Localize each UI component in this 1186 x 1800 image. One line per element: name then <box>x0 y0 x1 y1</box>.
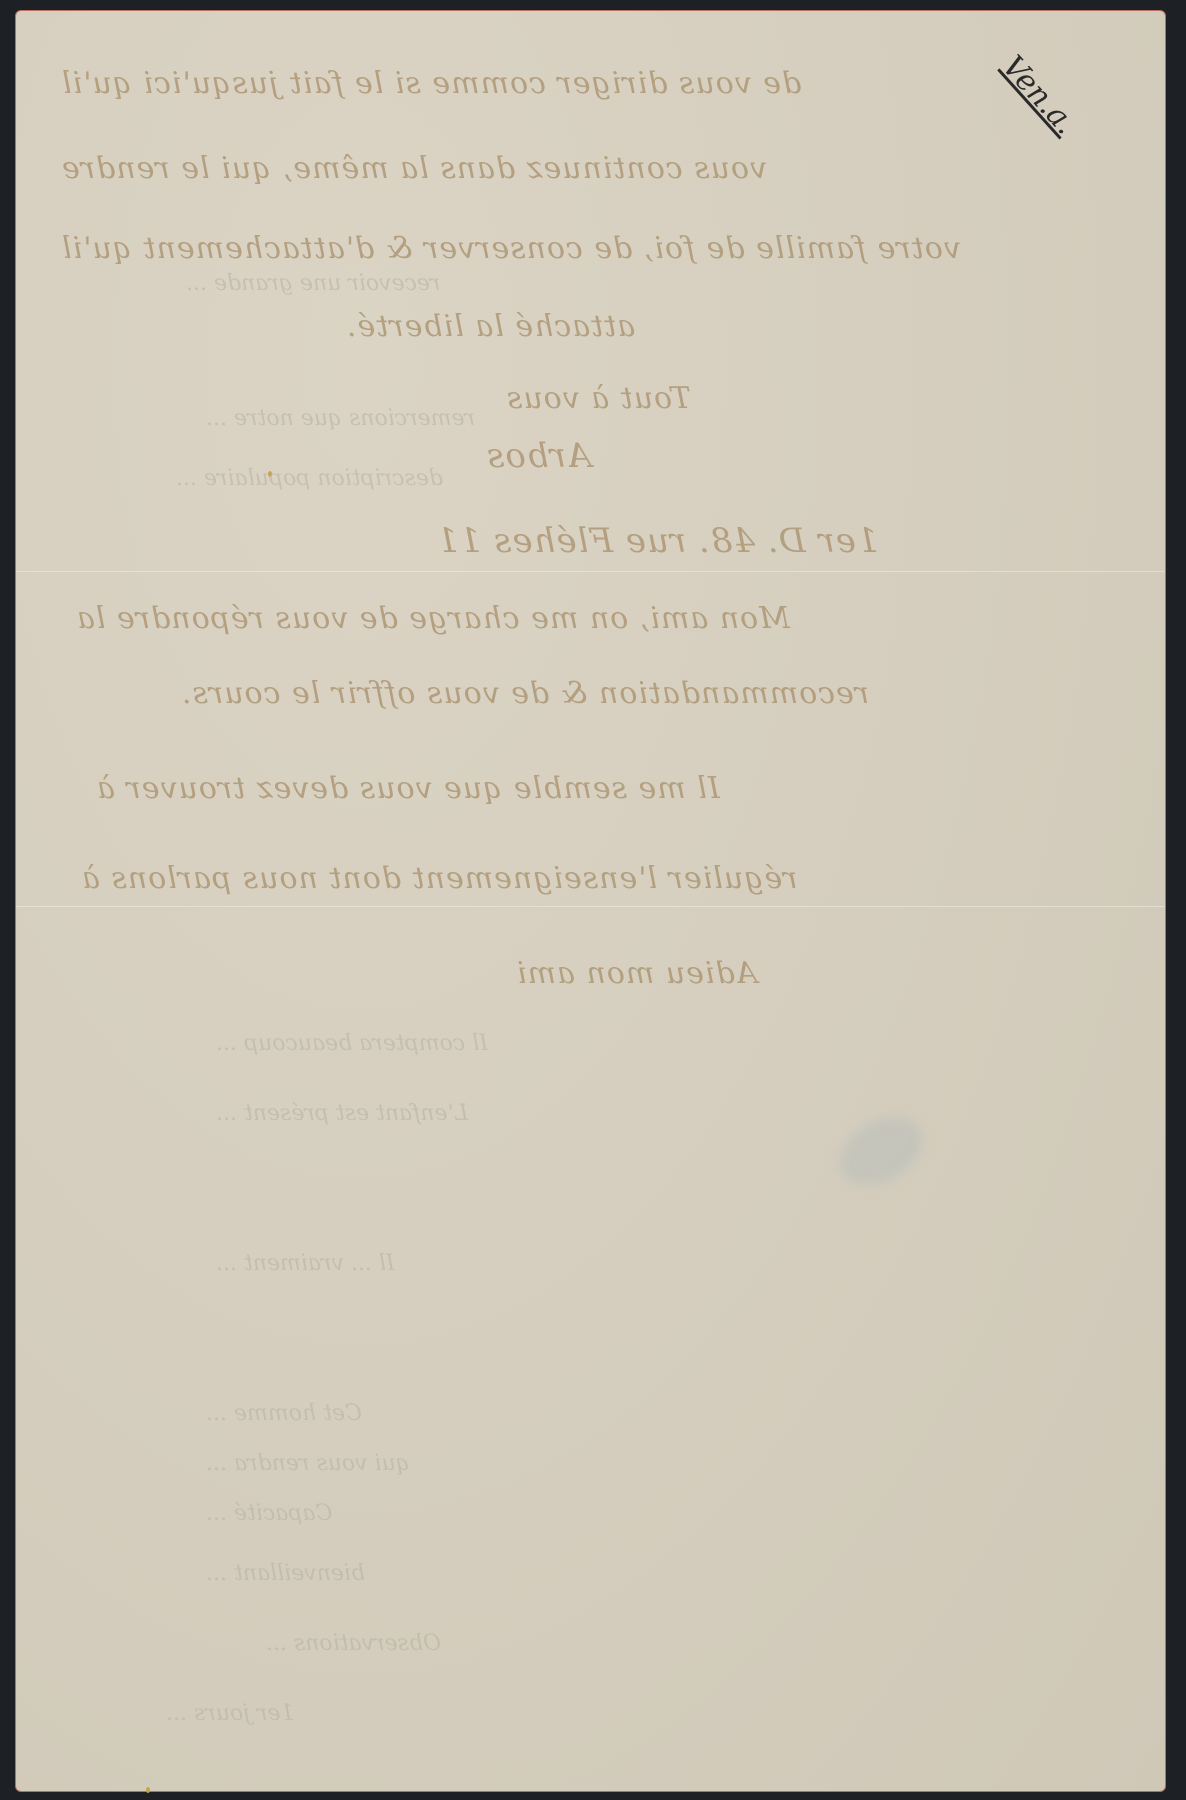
fold-line <box>16 571 1165 572</box>
pencil-line: qui vous rendra ... <box>206 1451 410 1476</box>
bleed-line: recommandation & de vous offrir le cours… <box>181 676 869 711</box>
bleed-line: Il me semble que vous devez trouver à <box>96 771 720 806</box>
pencil-line: bienveillant ... <box>206 1561 365 1586</box>
bleed-line: Arbos <box>486 436 592 476</box>
fold-line <box>16 906 1165 907</box>
pencil-line: Il ... vraiment ... <box>216 1251 395 1276</box>
ink-stain <box>827 1103 935 1200</box>
bleed-line: 1er D. 48. rue Fléhes 11 <box>436 521 879 561</box>
bleed-line: régulier l'enseignement dont nous parlon… <box>81 861 798 896</box>
pencil-line: L'enfant est présent ... <box>216 1101 468 1126</box>
pencil-line: Observations ... <box>266 1631 441 1656</box>
pencil-line: recevoir une grande ... <box>186 271 440 296</box>
archive-mark: Ven.a. <box>995 49 1083 141</box>
pencil-line: description populaire ... <box>176 466 443 491</box>
bleed-line: de vous diriger comme si le fait jusqu'i… <box>61 66 801 101</box>
bleed-line: Mon ami, on me charge de vous répondre l… <box>76 601 790 636</box>
bleed-line: Adieu mon ami <box>516 956 757 991</box>
bleed-line: votre famille de foi, de conserver & d'a… <box>61 231 961 266</box>
pencil-line: Capacité ... <box>206 1501 332 1526</box>
foxing-spot <box>146 1787 150 1793</box>
bleed-line: Tout à vous <box>506 381 691 416</box>
pencil-line: Il comptera beaucoup ... <box>216 1031 488 1056</box>
pencil-line: remercions que notre ... <box>206 406 475 431</box>
pencil-line: 1er jours ... <box>166 1701 295 1726</box>
bleed-line: attaché la liberté. <box>346 309 635 344</box>
bleed-line: vous continuez dans la même, qui le rend… <box>61 151 767 186</box>
manuscript-page: de vous diriger comme si le fait jusqu'i… <box>15 10 1166 1792</box>
pencil-line: Cet homme ... <box>206 1401 362 1426</box>
